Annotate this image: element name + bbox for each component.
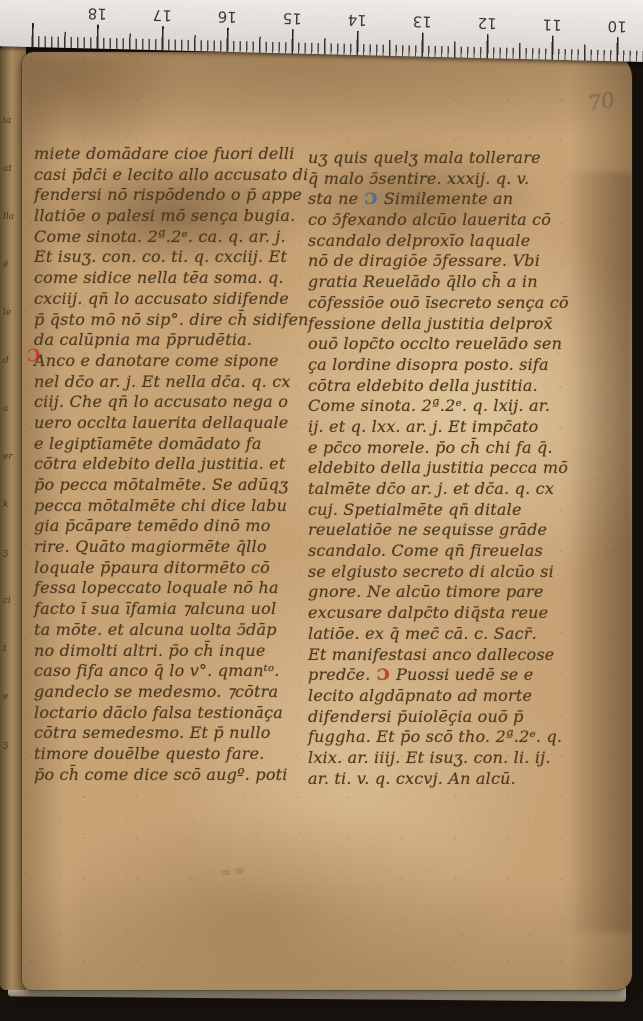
manuscript-line: cōfessiōe ouō īsecreto sença cō <box>308 293 569 314</box>
ruler-number: 12 <box>477 14 497 32</box>
ruler-number: 17 <box>153 6 173 24</box>
line-text: no dimolti altri. p̄o ch̄ inque <box>34 641 266 660</box>
manuscript-line: facto ī sua īfamia ⁊alcuna uol <box>34 599 309 620</box>
edge-text-fragment: a <box>3 404 8 414</box>
line-text: come sidice nella tēa soma. q. <box>34 268 284 287</box>
manuscript-line: latiōe. ex q̄ mec̄ cā. c. Sacr̄. <box>308 624 569 645</box>
line-text: uʒ quis quelʒ mala tollerare <box>308 148 541 167</box>
line-text: Come sinota. 2ª.2ᵉ. ca. q. ar. j. <box>34 227 286 246</box>
manuscript-line: nō de diragiōe ɔ̄fessare. Vbi <box>308 251 569 272</box>
folio-number: 70 <box>586 88 616 116</box>
faint-pencil-mark: ≈≈ <box>219 862 248 881</box>
line-text: facto ī sua īfamia ⁊alcuna uol <box>34 599 276 618</box>
manuscript-line: gia p̄cāpare temēdo dinō mo <box>34 516 309 537</box>
edge-text-fragment: d <box>3 356 9 366</box>
edge-text-fragment: at <box>3 164 12 174</box>
line-text: casi p̄dc̄i e lecito allo accusato di <box>34 165 308 184</box>
line-text: Et isuʒ. con. co. ti. q. cxciij. Et <box>34 247 287 266</box>
line-text: scandalo. Come qn̄ fireuelas <box>308 541 543 560</box>
line-text: Et manifestasi anco dallecose <box>308 645 554 664</box>
line-text: lxix. ar. iiij. Et isuʒ. con. li. ij. <box>308 748 551 767</box>
manuscript-line: sta ne Ɔ Similemente an <box>308 189 569 210</box>
ruler-number: 18 <box>88 4 108 22</box>
manuscript-line: fessa lopeccato loquale nō ha <box>34 578 309 599</box>
line-text: excusare dalpc̄to diq̄sta reue <box>308 603 548 622</box>
manuscript-line: scandalo delproxīo laquale <box>308 231 569 252</box>
manuscript-line: excusare dalpc̄to diq̄sta reue <box>308 603 569 624</box>
manuscript-line: ouō lopc̄to occlto reuelādo sen <box>308 334 569 355</box>
line-text: q̄ malo ɔ̄sentire. xxxij. q. v. <box>308 169 529 188</box>
edge-text-fragment: ʒ <box>3 740 8 750</box>
line-text: talmēte dc̄o ar. j. et dc̄a. q. cx <box>308 479 554 498</box>
line-text: Anco e danotare come sipone <box>34 351 279 370</box>
line-text: gandeclo se medesmo. ⁊cōtra <box>34 682 278 701</box>
line-text: latiōe. ex q̄ mec̄ cā. c. Sacr̄. <box>308 624 537 643</box>
line-text: p̄ q̄sto mō nō sip°. dire ch̄ sidifen <box>34 310 309 329</box>
manuscript-line: ciij. Che qn̄ lo accusato nega o <box>34 392 309 413</box>
line-text: fendersi nō rispōdendo o p̄ appe <box>34 185 302 204</box>
manuscript-line: ij. et q. lxx. ar. j. Et impc̄ato <box>308 417 569 438</box>
line-text: caso fifa anco q̄ lo v°. qmanᵗᵒ. <box>34 661 280 680</box>
manuscript-line: co ɔ̄fexando alcūo lauerita cō <box>308 210 569 231</box>
line-text: Come sinota. 2ª.2ᵉ. q. lxij. ar. <box>308 396 550 415</box>
line-text: fuggha. Et p̄o scō tho. 2ª.2ᵉ. q. <box>308 727 562 746</box>
manuscript-line: e pc̄co morele. p̄o ch̄ chi fa q̄. <box>308 438 569 459</box>
manuscript-line: Come sinota. 2ª.2ᵉ. q. lxij. ar. <box>308 396 569 417</box>
edge-text-fragment: ʒ <box>3 548 8 558</box>
manuscript-line: ta mōte. et alcuna uolta ɔ̄dāp <box>34 620 309 641</box>
line-text: ta mōte. et alcuna uolta ɔ̄dāp <box>34 620 277 639</box>
line-text: cōtra semedesmo. Et p̄ nullo <box>34 723 271 742</box>
line-text: difendersi p̄uiolēçia ouō p̄ <box>308 707 524 726</box>
manuscript-line: llatiōe o palesi mō sença bugia. <box>34 206 309 227</box>
line-text: reuelatiōe ne sequisse grāde <box>308 520 547 539</box>
manuscript-line: predc̄e. Ɔ Puossi uedē se e <box>308 665 569 686</box>
manuscript-line: Come sinota. 2ª.2ᵉ. ca. q. ar. j. <box>34 227 309 248</box>
stain-bottom <box>72 807 502 990</box>
ruler-numbers: 181716151413121110 <box>0 0 643 1</box>
line-text: timore douēlbe questo fare. <box>34 744 265 763</box>
manuscript-line: fuggha. Et p̄o scō tho. 2ª.2ᵉ. q. <box>308 727 569 748</box>
manuscript-line: reuelatiōe ne sequisse grāde <box>308 520 569 541</box>
line-text: uero occlta lauerita dellaquale <box>34 413 288 432</box>
manuscript-line: timore douēlbe questo fare. <box>34 744 309 765</box>
manuscript-line: Et isuʒ. con. co. ti. q. cxciij. Et <box>34 247 309 268</box>
line-text: gnore. Ne alcūo timore pare <box>308 582 544 601</box>
line-text: loquale p̄paura ditormēto cō <box>34 558 270 577</box>
manuscript-line: Anco e danotare come sipone <box>34 351 309 372</box>
manuscript-line: fendersi nō rispōdendo o p̄ appe <box>34 185 309 206</box>
line-text: cōtra eldebito della justitia. <box>308 376 538 395</box>
blue-paraph-mark: Ɔ <box>364 189 379 208</box>
line-text: predc̄e. <box>308 665 376 684</box>
manuscript-photo: iaatllaēledaerkʒciteʒ 70 Ɔ miete domādar… <box>0 0 643 1021</box>
manuscript-line: cōtra semedesmo. Et p̄ nullo <box>34 723 309 744</box>
text-column-right: uʒ quis quelʒ mala tollerareq̄ malo ɔ̄se… <box>308 148 569 789</box>
manuscript-line: se elgiusto secreto di alcūo si <box>308 562 569 583</box>
edge-text-fragment: ē <box>3 260 8 270</box>
line-text: fessione della justitia delprox̄ <box>308 314 553 333</box>
line-text: rire. Quāto magiormēte q̄llo <box>34 537 267 556</box>
manuscript-line: ça lordine disopra posto. sifa <box>308 355 569 376</box>
line-text: nel dc̄o ar. j. Et nella dc̄a. q. cx <box>34 372 291 391</box>
manuscript-line: rire. Quāto magiormēte q̄llo <box>34 537 309 558</box>
red-paraph-mark: Ɔ <box>376 665 391 684</box>
ruler-number: 15 <box>282 9 302 27</box>
edge-text-fragment: lla <box>3 212 14 222</box>
line-text: co ɔ̄fexando alcūo lauerita cō <box>308 210 551 229</box>
fore-edge-shadow <box>562 172 632 932</box>
line-text: gratia Reuelādo q̄llo ch̄ a in <box>308 272 538 291</box>
edge-text-fragment: le <box>3 308 11 318</box>
manuscript-page: 70 Ɔ miete domādare cioe fuori dellicasi… <box>22 52 632 990</box>
manuscript-line: scandalo. Come qn̄ fireuelas <box>308 541 569 562</box>
manuscript-line: da calūpnia ma p̄prudētia. <box>34 330 309 351</box>
line-text: p̄o ch̄ come dice scō augº. poti <box>34 765 288 784</box>
line-text: cuj. Spetialmēte qn̄ ditale <box>308 500 522 519</box>
manuscript-line: talmēte dc̄o ar. j. et dc̄a. q. cx <box>308 479 569 500</box>
edge-text-fragment: ci <box>3 596 11 606</box>
line-text: Similemente an <box>378 189 513 208</box>
line-text: e legiptīamēte domādato fa <box>34 434 262 453</box>
manuscript-line: cxciij. qn̄ lo accusato sidifende <box>34 289 309 310</box>
line-text: pecca mōtalmēte chi dice labu <box>34 496 287 515</box>
line-text: Puossi uedē se e <box>391 665 534 684</box>
manuscript-line: p̄o pecca mōtalmēte. Se adūqʒ <box>34 475 309 496</box>
line-text: loctario dāclo falsa testionāça <box>34 703 283 722</box>
manuscript-line: lxix. ar. iiij. Et isuʒ. con. li. ij. <box>308 748 569 769</box>
line-text: fessa lopeccato loquale nō ha <box>34 578 279 597</box>
manuscript-line: fessione della justitia delprox̄ <box>308 314 569 335</box>
line-text: ij. et q. lxx. ar. j. Et impc̄ato <box>308 417 538 436</box>
line-text: eldebito della justitia pecca mō <box>308 458 568 477</box>
ruler-number: 11 <box>542 16 562 34</box>
manuscript-line: lecito algdāpnato ad morte <box>308 686 569 707</box>
manuscript-line: gnore. Ne alcūo timore pare <box>308 582 569 603</box>
edge-text-fragment: t <box>3 644 7 654</box>
manuscript-line: uʒ quis quelʒ mala tollerare <box>308 148 569 169</box>
edge-text-fragment: k <box>3 500 8 510</box>
manuscript-line: loquale p̄paura ditormēto cō <box>34 558 309 579</box>
manuscript-line: eldebito della justitia pecca mō <box>308 458 569 479</box>
manuscript-line: q̄ malo ɔ̄sentire. xxxij. q. v. <box>308 169 569 190</box>
line-text: ça lordine disopra posto. sifa <box>308 355 549 374</box>
manuscript-line: Et manifestasi anco dallecose <box>308 645 569 666</box>
manuscript-line: cuj. Spetialmēte qn̄ ditale <box>308 500 569 521</box>
line-text: ouō lopc̄to occlto reuelādo sen <box>308 334 562 353</box>
manuscript-line: loctario dāclo falsa testionāça <box>34 703 309 724</box>
line-text: e pc̄co morele. p̄o ch̄ chi fa q̄. <box>308 438 553 457</box>
manuscript-line: miete domādare cioe fuori delli <box>34 144 309 165</box>
manuscript-line: no dimolti altri. p̄o ch̄ inque <box>34 641 309 662</box>
manuscript-line: gandeclo se medesmo. ⁊cōtra <box>34 682 309 703</box>
manuscript-line: cōtra eldebito della justitia. et <box>34 454 309 475</box>
manuscript-line: p̄o ch̄ come dice scō augº. poti <box>34 765 309 786</box>
ruler-number: 13 <box>412 12 432 30</box>
line-text: da calūpnia ma p̄prudētia. <box>34 330 252 349</box>
manuscript-line: caso fifa anco q̄ lo v°. qmanᵗᵒ. <box>34 661 309 682</box>
manuscript-line: e legiptīamēte domādato fa <box>34 434 309 455</box>
line-text: cōfessiōe ouō īsecreto sença cō <box>308 293 569 312</box>
line-text: ar. ti. v. q. cxcvj. An alcū. <box>308 769 516 788</box>
line-text: ciij. Che qn̄ lo accusato nega o <box>34 392 288 411</box>
edge-text-fragment: er <box>3 452 13 462</box>
manuscript-line: uero occlta lauerita dellaquale <box>34 413 309 434</box>
manuscript-line: ar. ti. v. q. cxcvj. An alcū. <box>308 769 569 790</box>
ruler-number: 14 <box>347 11 367 29</box>
text-column-left: miete domādare cioe fuori dellicasi p̄dc… <box>34 144 309 785</box>
manuscript-line: difendersi p̄uiolēçia ouō p̄ <box>308 707 569 728</box>
manuscript-line: cōtra eldebito della justitia. <box>308 376 569 397</box>
line-text: se elgiusto secreto di alcūo si <box>308 562 554 581</box>
ruler-number: 10 <box>607 17 627 35</box>
line-text: gia p̄cāpare temēdo dinō mo <box>34 516 271 535</box>
line-text: lecito algdāpnato ad morte <box>308 686 532 705</box>
line-text: sta ne <box>308 189 364 208</box>
line-text: miete domādare cioe fuori delli <box>34 144 295 163</box>
line-text: nō de diragiōe ɔ̄fessare. Vbi <box>308 251 540 270</box>
manuscript-line: casi p̄dc̄i e lecito allo accusato di <box>34 165 309 186</box>
manuscript-line: gratia Reuelādo q̄llo ch̄ a in <box>308 272 569 293</box>
ruler-number: 16 <box>218 8 238 26</box>
manuscript-line: p̄ q̄sto mō nō sip°. dire ch̄ sidifen <box>34 310 309 331</box>
manuscript-line: pecca mōtalmēte chi dice labu <box>34 496 309 517</box>
line-text: cxciij. qn̄ lo accusato sidifende <box>34 289 289 308</box>
edge-text-fragment: e <box>3 692 8 702</box>
manuscript-line: nel dc̄o ar. j. Et nella dc̄a. q. cx <box>34 372 309 393</box>
line-text: cōtra eldebito della justitia. et <box>34 454 285 473</box>
line-text: scandalo delproxīo laquale <box>308 231 530 250</box>
manuscript-line: come sidice nella tēa soma. q. <box>34 268 309 289</box>
line-text: llatiōe o palesi mō sença bugia. <box>34 206 295 225</box>
line-text: p̄o pecca mōtalmēte. Se adūqʒ <box>34 475 288 494</box>
edge-text-fragment: ia <box>3 116 11 126</box>
